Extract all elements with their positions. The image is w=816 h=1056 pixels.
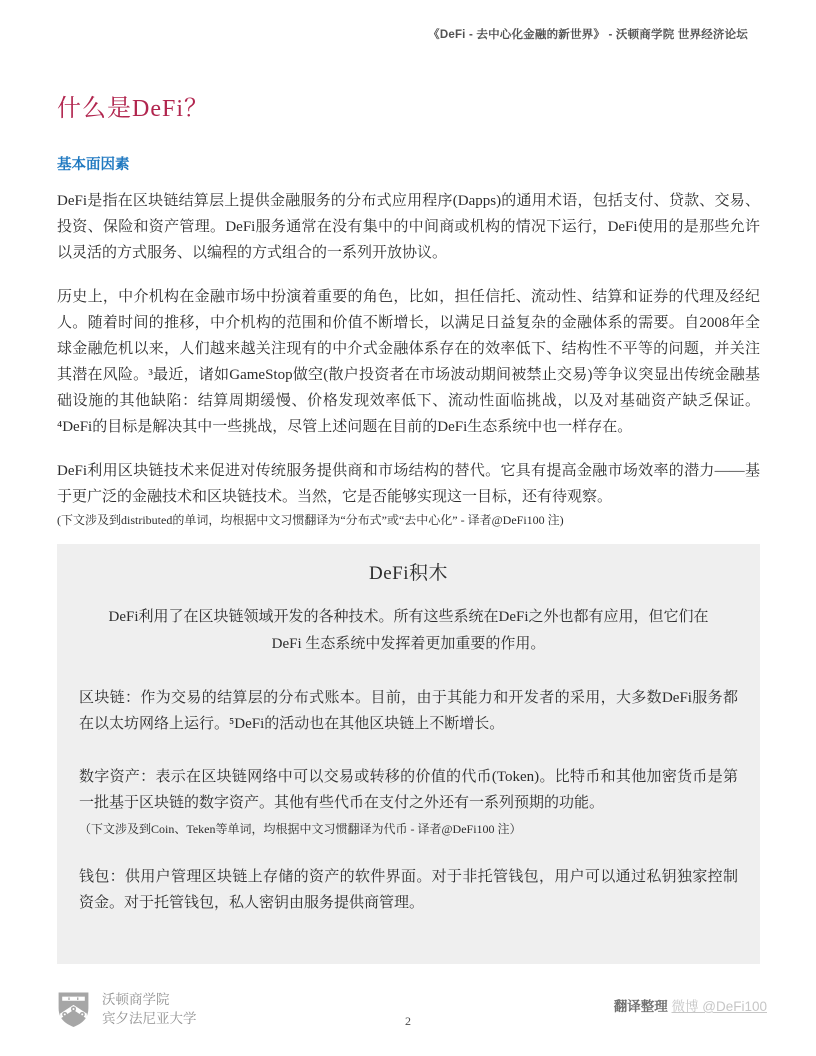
document-header-title: 《DeFi - 去中心化金融的新世界》 - 沃顿商学院 世界经济论坛 [57,26,760,42]
defi-building-blocks-box: DeFi积木 DeFi利用了在区块链领域开发的各种技术。所有这些系统在DeFi之… [57,544,760,964]
credit-label: 翻译整理 [614,999,668,1014]
box-item-note: （下文涉及到Coin、Teken等单词，均根据中文习惯翻译为代币 - 译者@De… [79,821,738,837]
document-page: 《DeFi - 去中心化金融的新世界》 - 沃顿商学院 世界经济论坛 什么是De… [0,0,816,1056]
penn-shield-icon [57,991,90,1028]
body-paragraph: DeFi利用区块链技术来促进对传统服务提供商和市场结构的替代。它具有提高金融市场… [57,458,760,510]
box-item-wallet: 钱包：供用户管理区块链上存储的资产的软件界面。对于非托管钱包，用户可以通过私钥独… [79,864,738,916]
footer-branding: 沃顿商学院 宾夕法尼亚大学 [57,990,197,1028]
page-content: 《DeFi - 去中心化金融的新世界》 - 沃顿商学院 世界经济论坛 什么是De… [0,0,816,964]
body-paragraph: 历史上，中介机构在金融市场中扮演着重要的角色，比如，担任信托、流动性、结算和证券… [57,284,760,440]
footer-credit: 翻译整理 微博 @DeFi100 [614,995,767,1015]
box-title: DeFi积木 [79,558,738,585]
translator-note: (下文涉及到distributed的单词，均根据中文习惯翻译为“分布式”或“去中… [57,512,760,529]
box-item-digital-assets: 数字资产：表示在区块链网络中可以交易或转移的价值的代币(Token)。比特币和其… [79,764,738,816]
footer-org-line1: 沃顿商学院 [102,990,197,1009]
page-title: 什么是DeFi？ [57,88,760,123]
box-intro: DeFi利用了在区块链领域开发的各种技术。所有这些系统在DeFi之外也都有应用，… [101,604,716,658]
footer-organization: 沃顿商学院 宾夕法尼亚大学 [102,990,197,1028]
footer-org-line2: 宾夕法尼亚大学 [102,1009,197,1028]
weibo-credit-link[interactable]: 微博 @DeFi100 [672,999,767,1014]
box-item-blockchain: 区块链：作为交易的结算层的分布式账本。目前，由于其能力和开发者的采用，大多数De… [79,685,738,737]
body-paragraph: DeFi是指在区块链结算层上提供金融服务的分布式应用程序(Dapps)的通用术语… [57,188,760,266]
section-heading: 基本面因素 [57,153,760,174]
